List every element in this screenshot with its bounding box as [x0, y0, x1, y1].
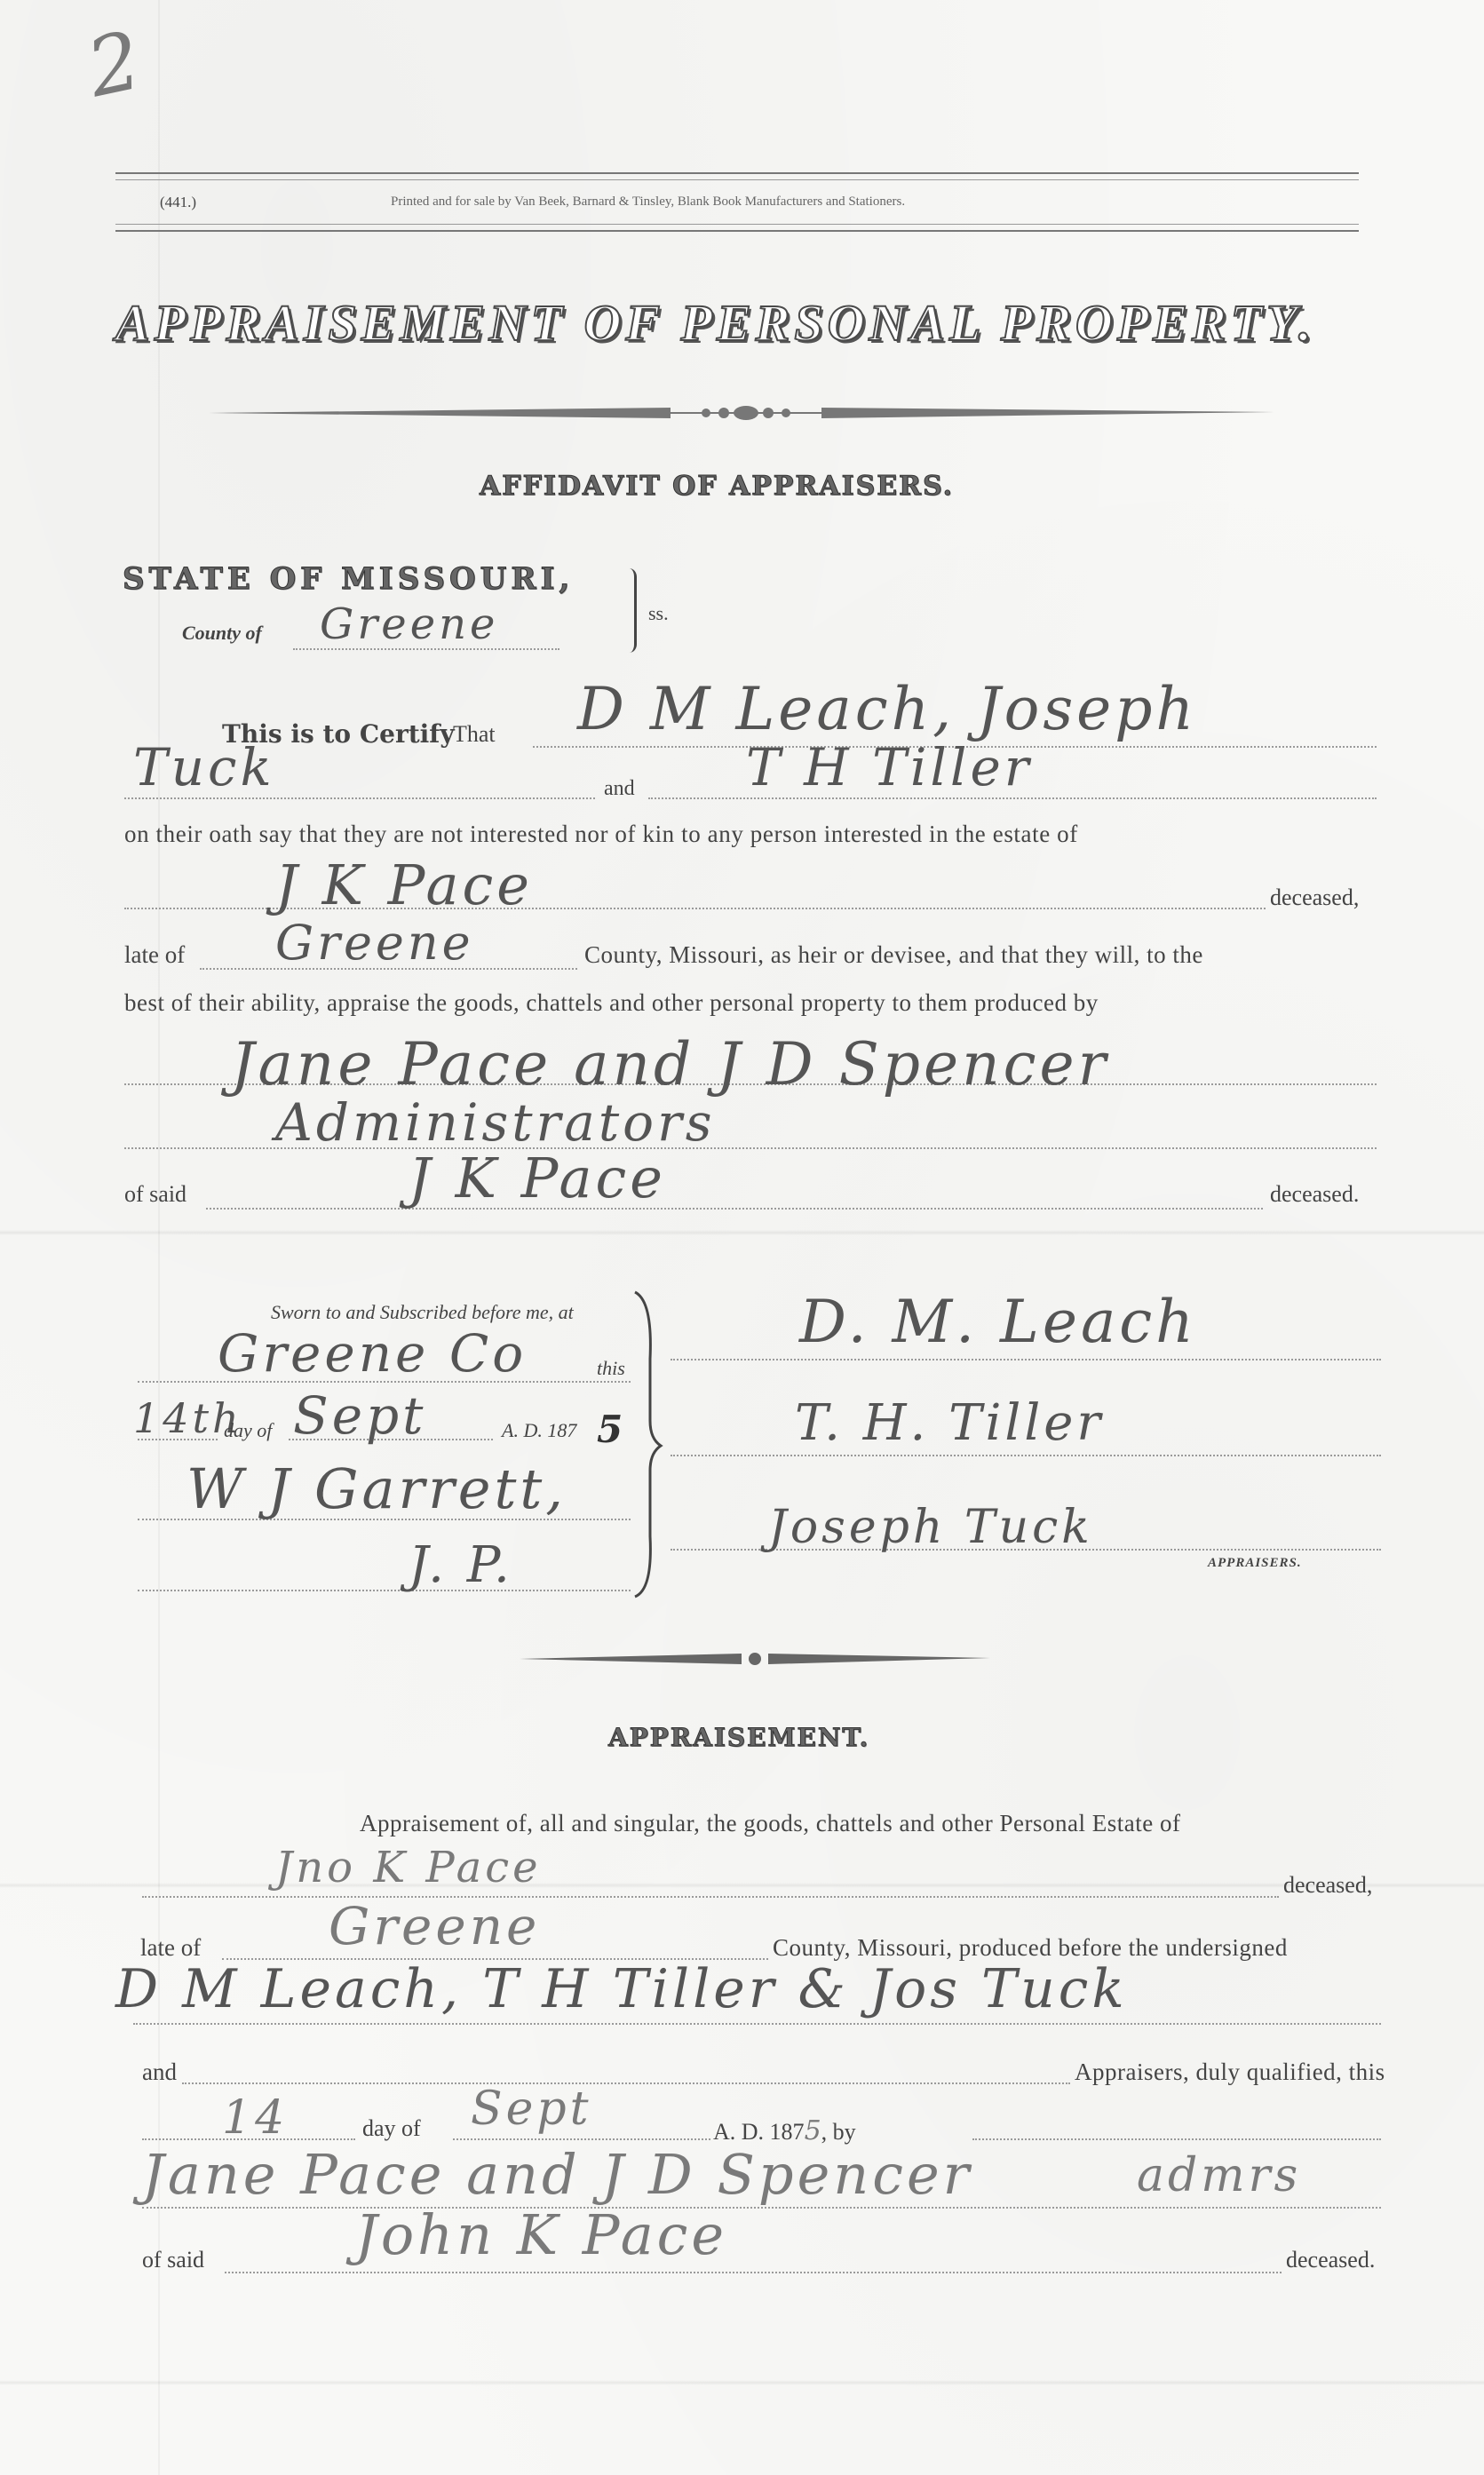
- produced-by-1: Jane Pace and J D Spencer: [231, 1030, 1109, 1099]
- appraisement-day: 14: [222, 2091, 288, 2145]
- appraisers-names: D M Leach, T H Tiller & Jos Tuck: [115, 1958, 1128, 2020]
- of-said-label-2: of said: [142, 2247, 204, 2273]
- late-of-county-2: Greene: [329, 1896, 540, 1956]
- by-field-line: [972, 2138, 1381, 2140]
- of-said-name: J K Pace: [409, 1146, 666, 1210]
- appraiser-names-2b: T H Tiller: [746, 737, 1033, 797]
- ad-label: A. D. 187: [502, 1419, 576, 1442]
- deceased-name: J K Pace: [275, 853, 533, 917]
- deceased-label-2: deceased,: [1283, 1872, 1372, 1899]
- appraiser-names-1: D M Leach, Joseph: [577, 675, 1197, 743]
- estate-of-name: Jno K Pace: [275, 1843, 541, 1892]
- this-label: this: [597, 1357, 625, 1380]
- day-of-label-2: day of: [362, 2115, 421, 2142]
- brace: [622, 568, 637, 653]
- produced-by-2: Administrators: [275, 1092, 716, 1153]
- header-rule: [115, 230, 1359, 232]
- county-text: County, Missouri, as heir or devisee, an…: [584, 941, 1203, 969]
- deceased-label: deceased,: [1270, 884, 1359, 911]
- header-rule: [115, 172, 1359, 174]
- oath-text: on their oath say that they are not inte…: [124, 821, 1078, 848]
- estate-of-field-line: [142, 1896, 1279, 1898]
- produced-by-field-line: [142, 2207, 1381, 2209]
- that-label: That: [453, 721, 496, 748]
- signature-3: Joseph Tuck: [768, 1501, 1093, 1554]
- ornament-divider: [520, 1652, 990, 1666]
- signature-2: T. H. Tiller: [795, 1394, 1104, 1452]
- printer-line: Printed and for sale by Van Beek, Barnar…: [391, 194, 905, 210]
- document-title: APPRAISEMENT OF PERSONAL PROPERTY.: [115, 293, 1316, 353]
- late-of-county: Greene: [275, 915, 474, 971]
- deceased-end-2: deceased.: [1286, 2247, 1375, 2273]
- signature-1: D. M. Leach: [799, 1288, 1197, 1356]
- header-rule: [115, 224, 1359, 225]
- header-rule: [115, 179, 1359, 180]
- appraisement-intro: Appraisement of, all and singular, the g…: [360, 1810, 1180, 1837]
- jurat-officer-title: J. P.: [409, 1536, 513, 1594]
- officer-title-line: [138, 1590, 631, 1591]
- signature-line-2: [671, 1455, 1381, 1456]
- appraisement-month: Sept: [471, 2082, 592, 2136]
- jurat-year-digit: 5: [597, 1408, 626, 1451]
- names-line-2a: [124, 797, 595, 799]
- of-said-field-line: [206, 1208, 1263, 1210]
- appraisement-heading: APPRAISEMENT.: [608, 1723, 869, 1752]
- and-label: and: [604, 777, 635, 801]
- late-of-label: late of: [124, 941, 185, 969]
- county-label: County of: [182, 622, 262, 645]
- ornament-divider: [209, 404, 1274, 422]
- appraisement-produced-by: Jane Pace and J D Spencer: [142, 2142, 972, 2207]
- jurat-month: Sept: [293, 1385, 427, 1446]
- paper-fold: [0, 1230, 1484, 1235]
- names-line-2b: [648, 797, 1377, 799]
- day-of-label: day of: [224, 1419, 272, 1442]
- and-field-line: [182, 2082, 1070, 2084]
- appraisement-of-said-name: John K Pace: [355, 2202, 727, 2267]
- ability-text: best of their ability, appraise the good…: [124, 989, 1099, 1017]
- appraisers-field-line: [133, 2023, 1381, 2025]
- paper-fold: [0, 2380, 1484, 2385]
- deceased-end: deceased.: [1270, 1181, 1359, 1208]
- sworn-text: Sworn to and Subscribed before me, at: [271, 1301, 574, 1324]
- jurat-place: Greene Co: [218, 1323, 527, 1384]
- signature-brace: [631, 1288, 666, 1598]
- month-field-line-2: [453, 2138, 710, 2140]
- of-said-label: of said: [124, 1181, 186, 1208]
- state-label: STATE OF MISSOURI,: [123, 561, 574, 597]
- form-number: (441.): [160, 194, 196, 211]
- paper-fold: [0, 1883, 1484, 1888]
- affidavit-heading: AFFIDAVIT OF APPRAISERS.: [480, 471, 954, 502]
- appraisers-label: APPRAISERS.: [1208, 1556, 1302, 1571]
- jurat-officer-name: W J Garrett,: [186, 1456, 567, 1521]
- ss-label: ss.: [648, 602, 669, 625]
- appraiser-names-2a: Tuck: [133, 737, 275, 797]
- appraisement-produced-by-role: admrs: [1137, 2149, 1301, 2202]
- signature-line-1: [671, 1359, 1381, 1360]
- and-label-2: and: [142, 2059, 177, 2086]
- county-value: Greene: [320, 599, 498, 649]
- of-said-field-line-2: [225, 2272, 1282, 2273]
- paper-margin-fold: [158, 0, 160, 2475]
- appraisers-text: Appraisers, duly qualified, this: [1075, 2059, 1385, 2086]
